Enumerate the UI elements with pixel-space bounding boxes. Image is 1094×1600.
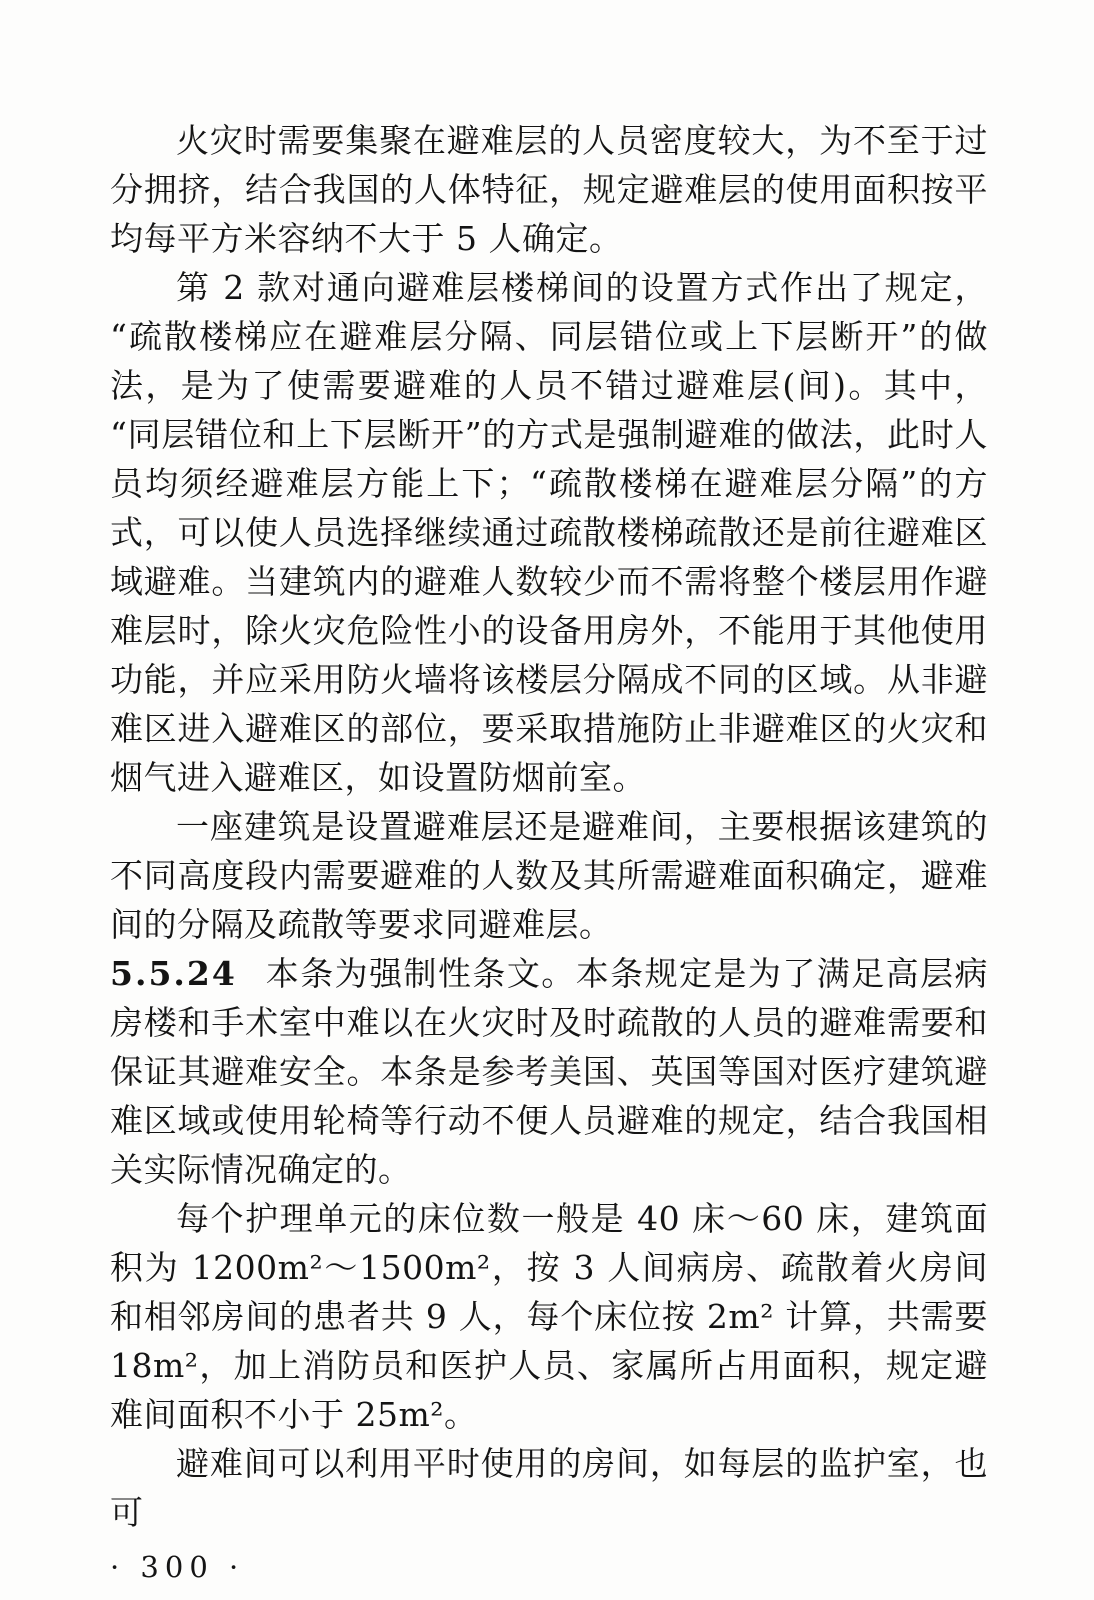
page-footer: · 300 ·: [110, 1547, 988, 1587]
body-paragraph: 每个护理单元的床位数一般是 40 床～60 床，建筑面积为 1200m²～150…: [110, 1194, 988, 1439]
body-paragraph: 一座建筑是设置避难层还是避难间，主要根据该建筑的不同高度段内需要避难的人数及其所…: [110, 802, 988, 949]
section-number: 5.5.24: [110, 954, 265, 993]
page-number: · 300 ·: [110, 1550, 244, 1584]
document-page: 火灾时需要集聚在避难层的人员密度较大，为不至于过分拥挤，结合我国的人体特征，规定…: [0, 0, 1094, 1600]
section-paragraph: 5.5.24本条为强制性条文。本条规定是为了满足高层病房楼和手术室中难以在火灾时…: [110, 949, 988, 1194]
body-paragraph: 火灾时需要集聚在避难层的人员密度较大，为不至于过分拥挤，结合我国的人体特征，规定…: [110, 116, 988, 263]
body-paragraph: 避难间可以利用平时使用的房间，如每层的监护室，也可: [110, 1439, 988, 1537]
body-paragraph: 第 2 款对通向避难层楼梯间的设置方式作出了规定，“疏散楼梯应在避难层分隔、同层…: [110, 263, 988, 802]
page-content: 火灾时需要集聚在避难层的人员密度较大，为不至于过分拥挤，结合我国的人体特征，规定…: [110, 116, 988, 1537]
